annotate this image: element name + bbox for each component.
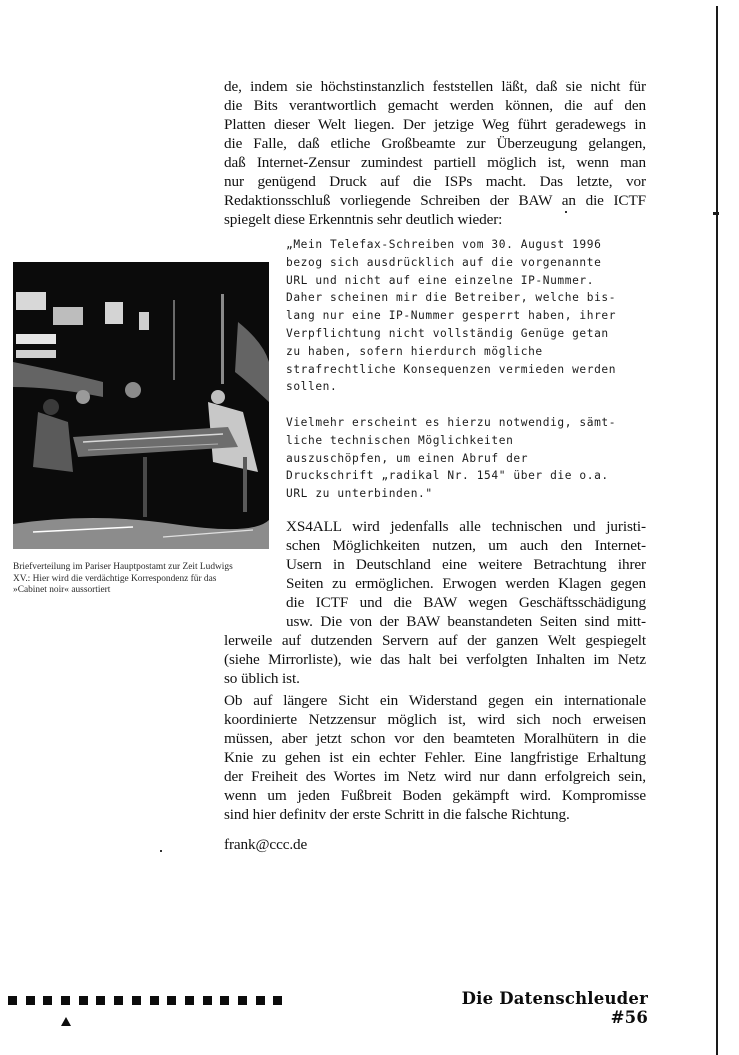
page-marker-square-icon xyxy=(79,996,88,1005)
page-marker-square-icon xyxy=(150,996,159,1005)
page-marker-square-icon xyxy=(185,996,194,1005)
quote-line: Vielmehr erscheint es hierzu notwendig, … xyxy=(286,416,616,429)
paragraph-xs4all-indented: XS4ALL wird jedenfalls alle technischen … xyxy=(286,517,646,631)
text-line: nur genügend Druck auf die ISPs macht. D… xyxy=(224,172,646,191)
quote-line: auszuschöpfen, um einen Abruf der xyxy=(286,452,528,465)
text-line: Seiten zu ermöglichen. Erwogen werden Kl… xyxy=(286,574,646,593)
quote-line: strafrechtliche Konsequenzen vermieden w… xyxy=(286,363,616,376)
page-marker-square-icon xyxy=(61,996,70,1005)
author-email: frank@ccc.de xyxy=(224,835,646,854)
text-line: wenn um jeden Fußbreit Boden gekämpft wi… xyxy=(224,786,646,805)
blockquote-letter-part-1: „Mein Telefax-Schreiben vom 30. August 1… xyxy=(286,236,646,396)
print-speck xyxy=(565,211,567,213)
author-signature: frank@ccc.de xyxy=(224,835,646,854)
page-marker-square-icon xyxy=(167,996,176,1005)
quote-line: „Mein Telefax-Schreiben vom 30. August 1… xyxy=(286,238,601,251)
quote-line: lang nur eine IP-Nummer gesperrt haben, … xyxy=(286,309,616,322)
page-marker-square-icon xyxy=(273,996,282,1005)
quote-line: bezog sich ausdrücklich auf die vorgenan… xyxy=(286,256,601,269)
paragraph-intro: de, indem sie höchstinstanzlich feststel… xyxy=(224,77,646,229)
page-marker-square-icon xyxy=(203,996,212,1005)
caption-line: XV.: Hier wird die verdächtige Korrespon… xyxy=(13,574,275,586)
caption-line: Briefverteilung im Pariser Hauptpostamt … xyxy=(13,562,275,574)
current-page-marker-triangle-icon xyxy=(61,1017,71,1026)
quote-line: Verpflichtung nicht vollständig Genüge g… xyxy=(286,327,609,340)
page-marker-square-icon xyxy=(256,996,265,1005)
quote-line: liche technischen Möglichkeiten xyxy=(286,434,513,447)
page-edge-tick xyxy=(713,212,719,215)
text-line: spiegelt diese Erkenntnis sehr deutlich … xyxy=(224,210,646,229)
page-marker-square-icon xyxy=(238,996,247,1005)
text-line: Ob auf längere Sicht ein Widerstand gege… xyxy=(224,691,646,710)
page-marker-row xyxy=(8,996,282,1005)
text-line: schen Möglichkeiten nutzen, um auch den … xyxy=(286,536,646,555)
text-line: XS4ALL wird jedenfalls alle technischen … xyxy=(286,517,646,536)
print-speck xyxy=(160,850,162,852)
paragraph-conclusion: Ob auf längere Sicht ein Widerstand gege… xyxy=(224,691,646,824)
text-line: die Bits verantwortlich gemacht werden k… xyxy=(224,96,646,115)
figure-caption: Briefverteilung im Pariser Hauptpostamt … xyxy=(13,562,275,597)
text-line: Usern in Deutschland eine weitere Betrac… xyxy=(286,555,646,574)
text-line: so üblich ist. xyxy=(224,669,646,688)
page-marker-square-icon xyxy=(114,996,123,1005)
quote-line: URL zu unterbinden." xyxy=(286,487,433,500)
page-marker-square-icon xyxy=(96,996,105,1005)
quote-line: Daher scheinen mir die Betreiber, welche… xyxy=(286,291,616,304)
page-marker-square-icon xyxy=(43,996,52,1005)
text-line: daß Internet-Zensur zumindest partiell m… xyxy=(224,153,646,172)
text-line: Knie zu gehen ist ein echter Fehler. Ein… xyxy=(224,748,646,767)
quote-line: Druckschrift „radikal Nr. 154" über die … xyxy=(286,469,609,482)
page-marker-square-icon xyxy=(220,996,229,1005)
text-line: de, indem sie höchstinstanzlich feststel… xyxy=(224,77,646,96)
page-marker-square-icon xyxy=(132,996,141,1005)
quote-line: sollen. xyxy=(286,380,337,393)
text-line: die Falle, daß etliche Großbeamte zur Üb… xyxy=(224,134,646,153)
magazine-masthead: Die Datenschleuder #56 xyxy=(452,989,648,1027)
text-line: usw. Die von der BAW beanstandeten Seite… xyxy=(286,612,646,631)
text-line: die ICTF und die BAW wegen Geschäftsschä… xyxy=(286,593,646,612)
engraving-illustration xyxy=(13,262,269,549)
quote-line: URL und nicht auf eine einzelne IP-Numme… xyxy=(286,274,594,287)
page-marker-square-icon xyxy=(26,996,35,1005)
engraving-image xyxy=(13,262,269,549)
page-edge-rule xyxy=(716,6,718,1055)
text-line: (siehe Mirrorliste), wie das halt bei ve… xyxy=(224,650,646,669)
text-line: müssen, aber jetzt schon vor den beamtet… xyxy=(224,729,646,748)
text-line: Platten dieser Welt liegen. Der jetzige … xyxy=(224,115,646,134)
text-line: koordinierte Netzzensur möglich ist, wir… xyxy=(224,710,646,729)
page-marker-square-icon xyxy=(8,996,17,1005)
paragraph-xs4all-continued: lerweile auf dutzenden Servern auf der g… xyxy=(224,631,646,688)
text-line: lerweile auf dutzenden Servern auf der g… xyxy=(224,631,646,650)
text-line: Redaktionsschluß vorliegende Schreiben d… xyxy=(224,191,646,210)
quote-line: zu haben, sofern hierdurch mögliche xyxy=(286,345,543,358)
caption-line: »Cabinet noir« aussortiert xyxy=(13,585,275,597)
blockquote-letter-part-2: Vielmehr erscheint es hierzu notwendig, … xyxy=(286,414,646,503)
text-line: der Freiheit des Wortes im Netz wird nur… xyxy=(224,767,646,786)
text-line: sind hier definitv der erste Schritt in … xyxy=(224,805,646,824)
